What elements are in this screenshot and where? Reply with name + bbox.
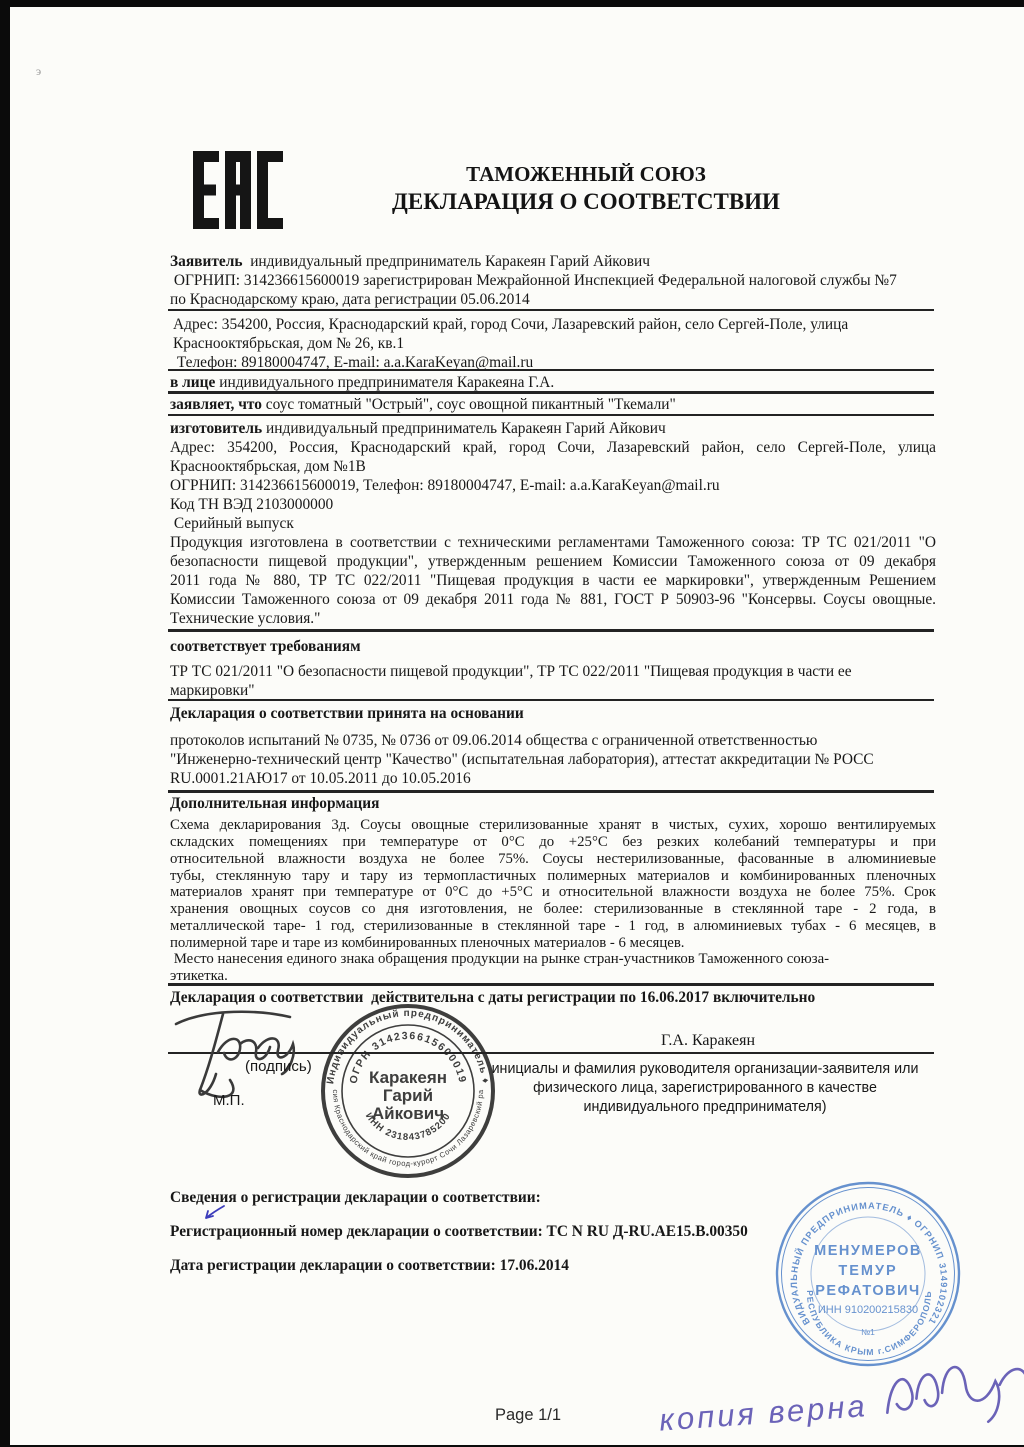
compliance-heading: соответствует требованиям	[170, 637, 361, 656]
manufacturer-line: Комиссии Таможенного союза от 09 декабря…	[170, 590, 936, 609]
divider	[168, 699, 934, 701]
blue-stamp-name-line: МЕНУМЕРОВ	[814, 1243, 922, 1259]
applicant-line: по Краснодарскому краю, дата регистрации…	[170, 290, 530, 309]
applicant-heading-line: Заявитель индивидуальный предприниматель…	[170, 252, 650, 271]
signature-note-line: физического лица, зарегистрированного в …	[480, 1079, 930, 1098]
additional-line: Схема декларирования 3д. Соусы овощные с…	[170, 816, 936, 833]
divider	[168, 629, 934, 632]
v-lice-label: в лице	[170, 374, 215, 391]
blue-stamp-inn: ИНН 910200215830	[818, 1304, 918, 1316]
declares-line: заявляет, что соус томатный "Острый", со…	[170, 395, 676, 414]
declares-text: соус томатный "Острый", соус овощной пик…	[262, 396, 676, 413]
signature-note-line: индивидуального предпринимателя)	[480, 1098, 930, 1117]
v-lice-line: в лице индивидуального предпринимателя К…	[170, 373, 554, 392]
applicant-address-line: Адрес: 354200, Россия, Краснодарский кра…	[173, 315, 848, 334]
divider	[168, 391, 934, 394]
manufacturer-line: безопасности пищевой продукции", утвержд…	[170, 552, 936, 571]
blue-stamp-name-line: ТЕМУР	[838, 1263, 897, 1279]
pen-mark	[202, 1203, 228, 1223]
manufacturer-line: Технические условия."	[170, 609, 320, 628]
scanned-page: э ТАМОЖЕННЫЙ СОЮЗ ДЕКЛАРАЦИЯ О СООТВЕТСТ…	[10, 7, 1024, 1445]
copy-certified-handwriting: копия верна	[655, 1359, 1024, 1445]
black-round-stamp: Индивидуальный предприниматель ♦ ♦ Росси…	[318, 1001, 498, 1181]
applicant-address-line: Краснооктябрьская, дом № 26, кв.1	[173, 334, 404, 353]
blue-round-stamp: ИНДИВИДУАЛЬНЫЙ ПРЕДПРИНИМАТЕЛЬ ♦ ОГРНИП …	[772, 1176, 964, 1372]
compliance-line: ТР ТС 021/2011 "О безопасности пищевой п…	[170, 662, 852, 681]
basis-heading: Декларация о соответствии принята на осн…	[170, 704, 524, 723]
black-stamp-name-line: Айкович	[372, 1104, 444, 1123]
applicant-intro: индивидуальный предприниматель Каракеян …	[243, 253, 650, 270]
manufacturer-line: Код ТН ВЭД 2103000000	[170, 495, 333, 514]
divider	[168, 414, 934, 416]
manufacturer-line: Адрес: 354200, Россия, Краснодарский кра…	[170, 438, 936, 457]
head-name: Г.А. Каракеян	[608, 1031, 808, 1050]
basis-line: протоколов испытаний № 0735, № 0736 от 0…	[170, 731, 817, 750]
blue-stamp-name-line: РЕФАТОВИЧ	[815, 1283, 920, 1299]
signature-note-line: инициалы и фамилия руководителя организа…	[480, 1060, 930, 1079]
compliance-line: маркировки"	[170, 681, 255, 700]
additional-line: Место нанесения единого знака обращения …	[170, 950, 829, 969]
declares-label: заявляет, что	[170, 396, 262, 413]
applicant-line: ОГРНИП: 314236615600019 зарегистрирован …	[170, 271, 897, 290]
black-stamp-name-line: Каракеян	[369, 1068, 447, 1087]
scan-artifact: э	[36, 62, 41, 81]
registration-date: Дата регистрации декларации о соответств…	[170, 1256, 569, 1275]
black-stamp-name-line: Гарий	[383, 1086, 433, 1105]
podpis-label: (подпись)	[245, 1057, 312, 1076]
v-lice-text: индивидуального предпринимателя Каракеян…	[215, 374, 554, 391]
additional-line: материалов хранят при температуре от 0°С…	[170, 883, 936, 900]
doc-title-line1: ТАМОЖЕННЫЙ СОЮЗ	[330, 162, 842, 187]
doc-title-line2: ДЕКЛАРАЦИЯ О СООТВЕТСТВИИ	[330, 189, 842, 215]
additional-line: хранения овощных соусов со дня изготовле…	[170, 900, 936, 917]
mp-label: М.П.	[213, 1091, 245, 1110]
manufacturer-line: Краснооктябрьская, дом №1В	[170, 457, 366, 476]
manufacturer-line: Серийный выпуск	[170, 514, 294, 533]
basis-line: "Инженерно-технический центр "Качество" …	[170, 750, 874, 769]
additional-line: складских помещениях при температуре от …	[170, 833, 936, 850]
divider	[168, 309, 934, 311]
additional-heading: Дополнительная информация	[170, 794, 379, 813]
additional-line: металлической таре- 1 год, стерилизованн…	[170, 917, 936, 934]
handwriting-text: копия верна	[658, 1388, 869, 1437]
manufacturer-line: Продукция изготовлена в соответствии с т…	[170, 533, 936, 552]
manufacturer-line: ОГРНИП: 314236615600019, Телефон: 891800…	[170, 476, 720, 495]
manufacturer-intro: индивидуальный предприниматель Каракеян …	[262, 420, 666, 437]
additional-line: тубы, стеклянную тару и тару из термопла…	[170, 867, 936, 884]
eac-logo	[193, 151, 283, 230]
registration-number: Регистрационный номер декларации о соотв…	[170, 1222, 748, 1241]
applicant-label: Заявитель	[170, 253, 243, 270]
manufacturer-label: изготовитель	[170, 420, 262, 437]
divider	[168, 369, 934, 371]
additional-line: относительной влажности воздуха не более…	[170, 850, 936, 867]
manufacturer-heading-line: изготовитель индивидуальный предпринимат…	[170, 419, 666, 438]
divider	[168, 983, 934, 986]
manufacturer-line: 2011 года № 880, ТР ТС 022/2011 "Пищевая…	[170, 571, 936, 590]
page-number: Page 1/1	[495, 1406, 561, 1425]
blue-stamp-number: №1	[861, 1327, 875, 1337]
divider	[168, 790, 934, 793]
basis-line: RU.0001.21АЮ17 от 10.05.2011 до 10.05.20…	[170, 769, 471, 788]
